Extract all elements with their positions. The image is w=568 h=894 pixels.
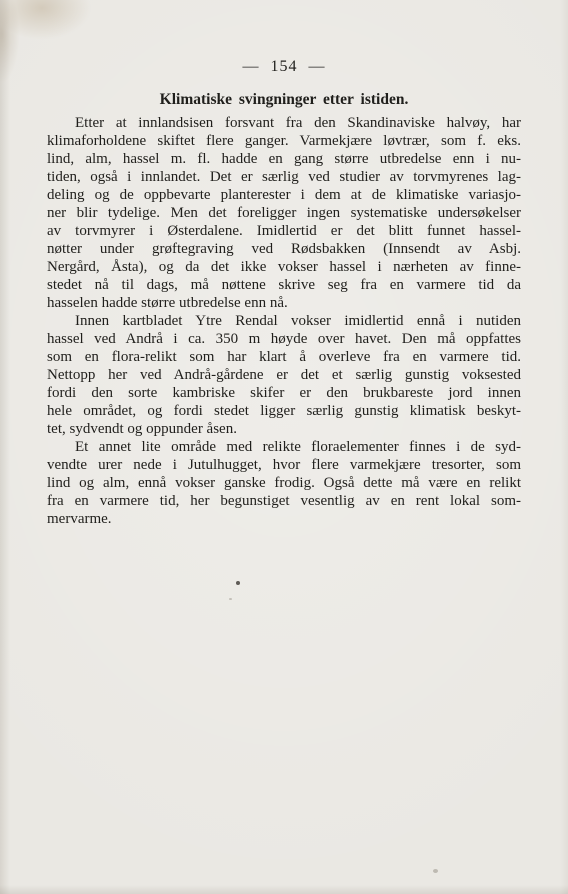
text-line: tet, sydvendt og oppunder åsen. (47, 420, 521, 438)
text-line: fordi den sorte kambriske skifer er den … (47, 384, 521, 402)
paper-speck (236, 581, 240, 585)
text-line: lind, alm, hassel m. fl. hadde en gang s… (47, 150, 521, 168)
text-line: hassel ved Andrå i ca. 350 m høyde over … (47, 330, 521, 348)
text-line: nøtter under grøftegraving ved Rødsbakke… (47, 240, 521, 258)
text-line: mervarme. (47, 510, 521, 528)
page-title: Klimatiske svingninger etter istiden. (47, 91, 521, 109)
text-line: ner blir tydelige. Men det foreligger in… (47, 204, 521, 222)
text-line: lind og alm, ennå vokser ganske frodig. … (47, 474, 521, 492)
text-line: Nergård, Åsta), og da det ikke vokser ha… (47, 258, 521, 276)
text-line: tiden, også i innlandet. Det er særlig v… (47, 168, 521, 186)
text-line: av torvmyrer i Østerdalene. Imidlertid e… (47, 222, 521, 240)
text-line: stedet nå til dags, må nøttene skrive se… (47, 276, 521, 294)
paper-speck (433, 869, 438, 873)
text-line: klimaforholdene skiftet flere ganger. Va… (47, 132, 521, 150)
text-line: Etter at innlandsisen forsvant fra den S… (47, 114, 521, 132)
text-line: Nettopp her ved Andrå-gårdene er det et … (47, 366, 521, 384)
text-line: deling og de oppbevarte planterester i d… (47, 186, 521, 204)
text-line: Innen kartbladet Ytre Rendal vokser imid… (47, 312, 521, 330)
page-number: — 154 — (0, 58, 568, 76)
text-line: fra en varmere tid, her begunstiget vese… (47, 492, 521, 510)
text-line: vendte urer nede i Jutulhugget, hvor fle… (47, 456, 521, 474)
body-text: Etter at innlandsisen forsvant fra den S… (47, 114, 521, 528)
text-line: hasselen hadde større utbredelse enn nå. (47, 294, 521, 312)
text-line: Et annet lite område med relikte florael… (47, 438, 521, 456)
book-page: — 154 — Klimatiske svingninger etter ist… (0, 0, 568, 894)
text-line: hele området, og fordi stedet ligger sær… (47, 402, 521, 420)
paper-speck (229, 598, 232, 600)
text-line: som en flora-relikt som har klart å over… (47, 348, 521, 366)
